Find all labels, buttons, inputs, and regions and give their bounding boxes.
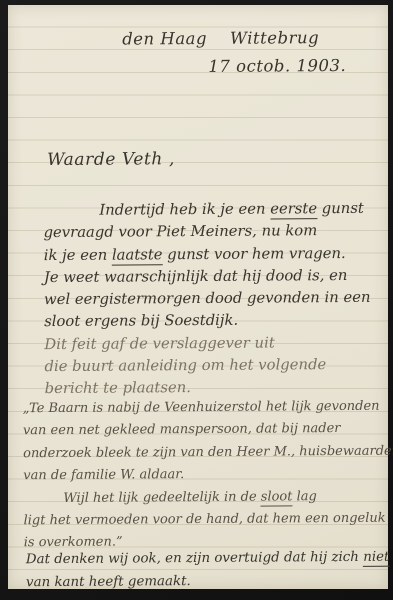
letter-line: van kant heeft gemaakt. bbox=[26, 569, 393, 594]
letter-line: 17 octob. 1903. bbox=[122, 52, 346, 82]
letter-line: Dit feit gaf de verslaggever uit bbox=[44, 332, 380, 357]
letter-line-segment: den Haag Wittebrug bbox=[122, 28, 319, 48]
underlined-word: laatste bbox=[112, 246, 163, 265]
letter-line: wel eergistermorgen dood gevonden in een bbox=[44, 287, 380, 312]
letter-line-segment: Je weet waarschijnlijk dat hij dood is, … bbox=[44, 267, 348, 286]
scan-border: den Haag Wittebrug17 octob. 1903. Waarde… bbox=[0, 0, 393, 600]
letter-line-segment: van de familie W. aldaar. bbox=[23, 467, 184, 483]
letter-line-segment: „Te Baarn is nabij de Veenhuizerstol het… bbox=[23, 399, 380, 416]
letter-line-segment: bericht te plaatsen. bbox=[45, 379, 191, 397]
letter-salutation: Waarde Veth , bbox=[47, 147, 175, 172]
letter-line-segment: Dat denken wij ook, en zijn overtuigd da… bbox=[26, 550, 363, 567]
letter-text: den Haag Wittebrug17 octob. 1903. Waarde… bbox=[6, 4, 390, 591]
letter-line: van de familie W. aldaar. bbox=[23, 463, 393, 488]
letter-line: Indertijd heb ik je een eerste gunst bbox=[43, 198, 379, 223]
underlined-word: eerste bbox=[270, 200, 317, 219]
letter-line: Je weet waarschijnlijk dat hij dood is, … bbox=[44, 265, 380, 290]
letter-line-segment: gevraagd voor Piet Meiners, nu kom bbox=[43, 222, 317, 241]
letter-line-segment: Wijl het lijk gedeeltelijk in de bbox=[63, 489, 260, 505]
letter-line: Waarde Veth , bbox=[47, 147, 175, 172]
letter-header-dateline: den Haag Wittebrug17 octob. 1903. bbox=[122, 24, 346, 82]
letter-line: ligt het vermoeden voor de hand, dat hem… bbox=[23, 508, 393, 533]
letter-line-segment: 17 octob. 1903. bbox=[208, 56, 346, 76]
letter-line: den Haag Wittebrug bbox=[122, 24, 346, 54]
letter-line-segment: van kant heeft gemaakt. bbox=[26, 574, 191, 590]
letter-line: die buurt aanleiding om het volgende bbox=[44, 354, 380, 379]
letter-body: Indertijd heb ik je een eerste gunstgevr… bbox=[43, 198, 380, 401]
letter-line-segment: sloot ergens bij Soestdijk. bbox=[44, 312, 238, 330]
letter-line: onderzoek bleek te zijn van den Heer M.,… bbox=[23, 440, 393, 465]
letter-line-segment: die buurt aanleiding om het volgende bbox=[44, 356, 326, 375]
letter-line-segment: ik je een bbox=[44, 246, 112, 263]
letter-line-segment: lag bbox=[292, 489, 316, 504]
letter-line-segment: onderzoek bleek te zijn van den Heer M.,… bbox=[23, 443, 393, 461]
letter-line: Dat denken wij ook, en zijn overtuigd da… bbox=[26, 547, 393, 572]
letter-page: den Haag Wittebrug17 octob. 1903. Waarde… bbox=[8, 5, 388, 589]
letter-line: gevraagd voor Piet Meiners, nu kom bbox=[43, 220, 379, 245]
letter-closing-remark: Dat denken wij ook, en zijn overtuigd da… bbox=[26, 547, 393, 595]
letter-line: van een net gekleed manspersoon, dat bij… bbox=[23, 418, 393, 443]
letter-line-segment: wel eergistermorgen dood gevonden in een bbox=[44, 289, 371, 308]
letter-line-segment: ligt het vermoeden voor de hand, dat hem… bbox=[24, 511, 386, 529]
letter-line-segment: van een net gekleed manspersoon, dat bij… bbox=[23, 421, 341, 438]
letter-quoted-news-report: „Te Baarn is nabij de Veenhuizerstol het… bbox=[23, 396, 393, 555]
underlined-word: sloot bbox=[261, 489, 293, 506]
letter-line-segment: Dit feit gaf de verslaggever uit bbox=[44, 334, 275, 353]
letter-line-segment: Waarde Veth , bbox=[47, 149, 175, 170]
underlined-word: niet bbox=[363, 550, 389, 567]
letter-line: sloot ergens bij Soestdijk. bbox=[44, 309, 380, 334]
letter-line: „Te Baarn is nabij de Veenhuizerstol het… bbox=[23, 396, 393, 421]
letter-line-segment: gunst voor hem vragen. bbox=[162, 245, 345, 263]
letter-line: Wijl het lijk gedeeltelijk in de sloot l… bbox=[23, 485, 393, 510]
letter-line-segment: gunst bbox=[317, 200, 364, 217]
letter-line: ik je een laatste gunst voor hem vragen. bbox=[44, 242, 380, 267]
letter-line-segment: Indertijd heb ik je een bbox=[99, 200, 270, 218]
